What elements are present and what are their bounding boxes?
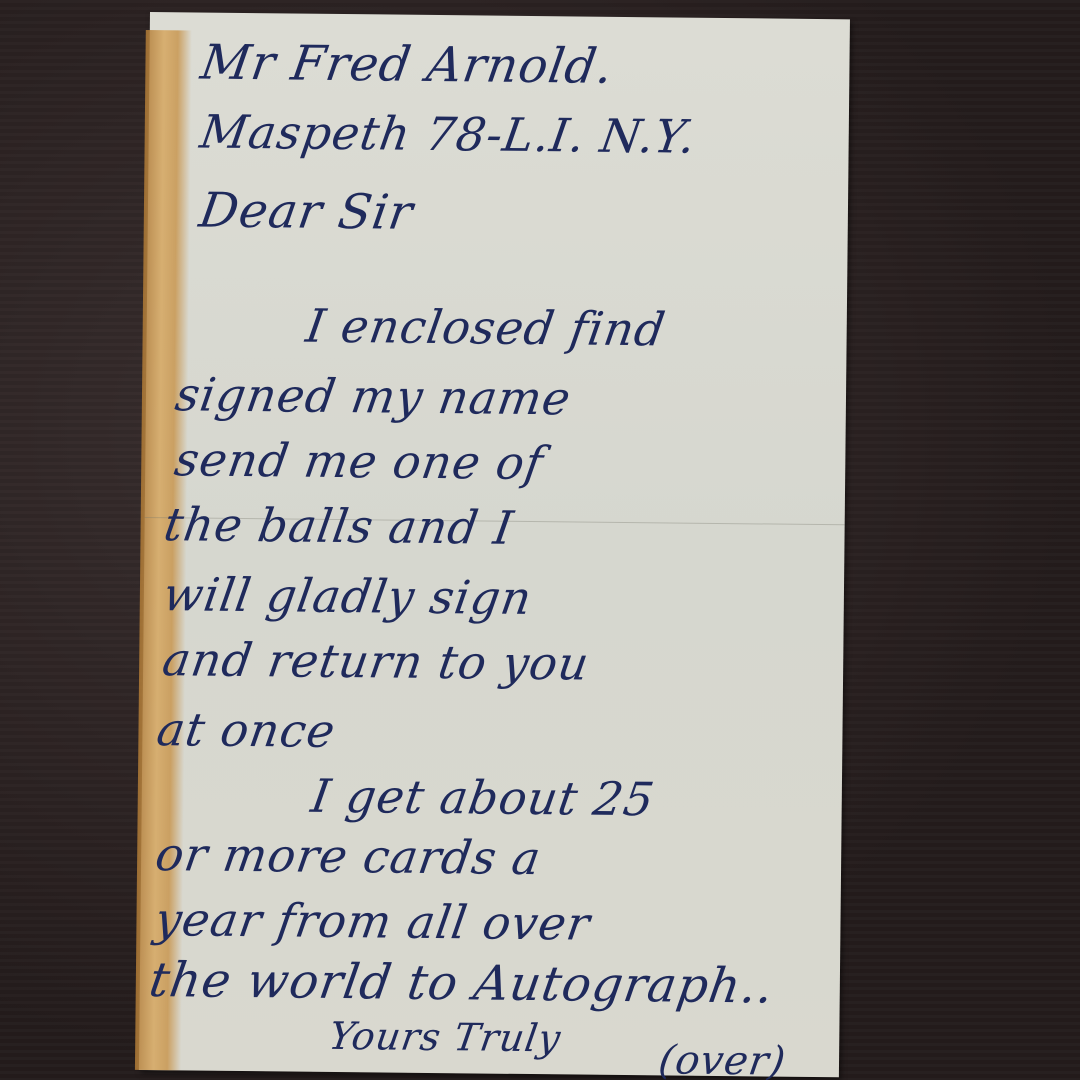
body-line: and return to you: [159, 632, 593, 690]
body-line: send me one of: [171, 432, 547, 490]
body-line: year from all over: [151, 892, 594, 950]
body-line: I enclosed find: [303, 299, 670, 357]
body-line: will gladly sign: [160, 567, 536, 625]
body-line: the world to Autograph..: [146, 952, 778, 1014]
body-line: I get about 25: [308, 769, 659, 827]
body-line: the balls and I: [161, 497, 518, 555]
signature-note: (over): [656, 1037, 790, 1080]
body-line: at once: [153, 702, 339, 758]
address-line-1: Mr Fred Arnold.: [197, 35, 617, 95]
closing: Yours Truly: [326, 1014, 564, 1060]
body-line: or more cards a: [152, 827, 545, 885]
body-line: signed my name: [172, 367, 575, 425]
address-line-2: Maspeth 78-L.I. N.Y.: [197, 105, 700, 164]
letter-paper: Mr Fred Arnold. Maspeth 78-L.I. N.Y. Dea…: [139, 12, 850, 1077]
salutation: Dear Sir: [196, 183, 417, 241]
